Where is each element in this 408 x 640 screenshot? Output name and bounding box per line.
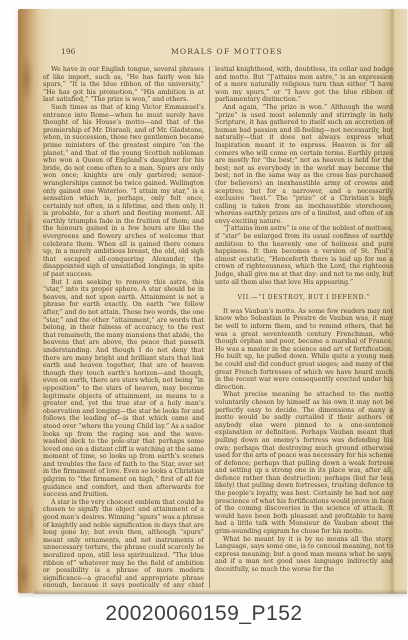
paragraph: It was Vauban’s motto. As some few reade… xyxy=(215,308,393,392)
page-number: 196 xyxy=(61,47,76,56)
archive-id-label: 20020060159_P152 xyxy=(0,602,408,626)
text-column-left: We have in our English tongue, several p… xyxy=(43,66,204,588)
running-title: MORALS OF MOTTOES xyxy=(171,47,283,56)
paragraph: What precise meaning he attached to the … xyxy=(215,391,393,535)
running-header: 196 MORALS OF MOTTOES xyxy=(43,47,393,60)
paragraph: lestial knighthood, with, doubtless, its… xyxy=(215,66,393,104)
section-heading: VII.—“I DESTROY, BUT I DEFEND.” xyxy=(215,294,393,302)
paragraph: A star is the very choicest emblem that … xyxy=(43,499,204,588)
paragraph: Such times as that of king Victor Emmanu… xyxy=(43,104,204,279)
text-column-right: lestial knighthood, with, doubtless, its… xyxy=(209,66,393,588)
paragraph: We have in our English tongue, several p… xyxy=(43,66,204,104)
book-page-scan: 196 MORALS OF MOTTOES We have in our Eng… xyxy=(18,9,407,593)
page-content: 196 MORALS OF MOTTOES We have in our Eng… xyxy=(43,47,393,588)
section-text: It was Vauban’s motto. As some few reade… xyxy=(215,308,393,574)
paragraph: But I am seeking to remove this astre, t… xyxy=(43,279,204,499)
paragraph: What he meant by it is by no means all t… xyxy=(215,536,393,574)
page-deckle-edge xyxy=(18,9,44,593)
column-continuation-text: lestial knighthood, with, doubtless, its… xyxy=(215,66,393,286)
page-bottom-shadow xyxy=(34,589,407,594)
paragraph: “J’attains mon astre” is one of the nobl… xyxy=(215,225,393,286)
text-columns: We have in our English tongue, several p… xyxy=(43,66,393,588)
paragraph: And again, “The prize is won.” Although … xyxy=(215,104,393,226)
